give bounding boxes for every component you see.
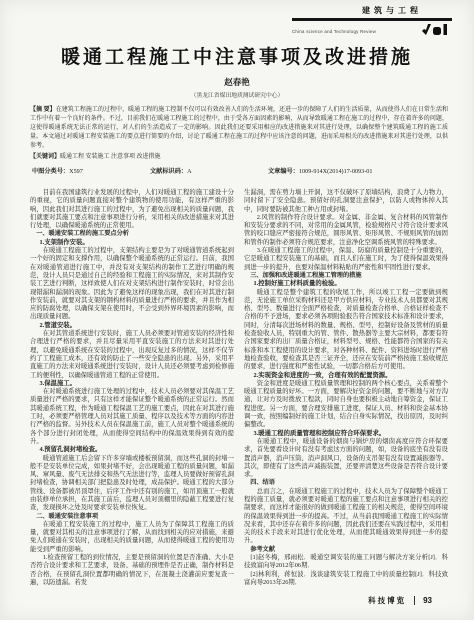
- subsection-heading: 3.暖通工程的质量管理和控制应符合环保要求。: [244, 430, 448, 438]
- paragraph: 3.在暖通工程施工的过程中，保温、防腐的质量控制是十分重要的，它是暖通工程安装施…: [244, 247, 448, 272]
- article-author: 赵春艳: [0, 76, 474, 88]
- page-number: 93: [414, 596, 432, 605]
- paragraph: 在暖通工程中，暖通设备的烟囱与锅炉房的烟囱高度应符合环保要求，首先要看设计时有没…: [244, 438, 448, 479]
- reference-item: [1]赵冬梅，邢雨松．暖通空调安装的施工问题与解决方案分析[J]．科技致富向导2…: [244, 554, 448, 571]
- article-title: 暖通工程施工中注意事项及改进措施: [0, 42, 474, 69]
- section-heading: 一、暖通安装工程的施工要点分析: [30, 230, 234, 238]
- reference-item: [2]林利利，蒋恒波．浅谈建筑安装工程施工中的质量控制[J]．科技致富向导201…: [244, 571, 448, 588]
- article-body: 目前在我国建筑行业发展的过程中，人们对暖通工程的施工建设十分的重视，它的质量问题…: [30, 189, 448, 587]
- journal-page: 建筑与工程 China science and Technology Revie…: [0, 0, 474, 620]
- page-footer: 科技博览 93: [368, 595, 432, 606]
- footer-journal-label: 科技博览: [368, 595, 406, 606]
- paragraph: 生漏洞，需在剪力墙上开洞，这不仅破坏了原墙结构，浪费了人力物力，同时留下了安全隐…: [244, 189, 448, 214]
- abstract-label: 【摘 要】: [30, 107, 56, 113]
- abstract-text: 在建筑工程施工的过程中，暖通工程的施工控制不仅可以有效改善人们的生活环境，还进一…: [30, 107, 448, 149]
- paragraph: 在对暖通系统进行施工处理的过程中，技术人员必须要对其保温工艺质量进行严格的要求，…: [30, 388, 234, 446]
- paragraph: 暖通工程是整个建筑工程的收尾工作，所以竣工工程一定要做到规范，无论施工单位采购材…: [244, 289, 448, 372]
- document-code: 文献标识码：A: [150, 166, 268, 175]
- paragraph: 总而言之，在暖通工程施工的过程中，技术人员为了保障整个暖通工程的施工质量，就必须…: [244, 488, 448, 546]
- paragraph: 目前在我国建筑行业发展的过程中，人们对暖通工程的施工建设十分的重视，它的质量问题…: [30, 189, 234, 230]
- clc-number: 中图分类号：X597: [32, 166, 150, 175]
- paragraph: 在暖通工程施工的过程中，支架结构主要是为了对暖通管道系统起到一个好的固定和支撑作…: [30, 247, 234, 322]
- right-column: 生漏洞，需在剪力墙上开洞，这不仅破坏了原墙结构，浪费了人力物力，同时留下了安全隐…: [244, 189, 448, 587]
- journal-section-title: 建筑与工程: [292, 5, 452, 16]
- section-heading: 四、结语: [244, 479, 448, 487]
- paragraph: 资金和进度是暖通工程质量管理和控制的两个核心要点，关系着整个暖通工程质量的好坏。…: [244, 380, 448, 430]
- keywords-label: 【关键词】: [30, 154, 60, 160]
- subsection-heading: 1.支架制作安装。: [30, 239, 234, 247]
- paragraph: 1.检查预留工程的到位情况，主要是预留洞的位置是否准确、大小是否符合设计要求和工…: [30, 554, 234, 587]
- left-column: 目前在我国建筑行业发展的过程中，人们对暖通工程的施工建设十分的重视，它的质量问题…: [30, 189, 234, 587]
- journal-header: 建筑与工程 China science and Technology Revie…: [292, 5, 452, 41]
- section-heading: 参考文献: [244, 546, 448, 554]
- paragraph: 在暖通工程安装施工的过程中，施工人员为了保障其工程施工的质量，就要对其相关的注意…: [30, 521, 234, 554]
- journal-name-en: China science and Technology Review: [292, 29, 376, 34]
- section-heading: 二、暖通安装注意事项: [30, 513, 234, 521]
- paragraph: 在对其管道系统进行安装时，施工人员必须要对管道安装的经济性和合理进行严格的要求，…: [30, 330, 234, 380]
- article-meta: 中图分类号：X597 文献标识码：A 文章编号：1009-914X(2014)1…: [32, 166, 448, 175]
- subsection-heading: 1.控制好施工材料质量的检验。: [244, 280, 448, 288]
- abstract: 【摘 要】在建筑工程施工的过程中，暖通工程的施工控制不仅可以有效改善人们的生活环…: [30, 106, 448, 151]
- paragraph: 2.风管的制作符合设计要求。对金属、非金属、复合材料的风管制作和安装分要求的不同…: [244, 214, 448, 247]
- article-id: 文章编号：1009-914X(2014)17-0093-01: [268, 166, 373, 175]
- subsection-heading: 4.预留孔洞封堵检查。: [30, 446, 234, 454]
- subsection-heading: 3.保温施工。: [30, 380, 234, 388]
- paragraph: 暖通管道施工后会留下许多穿墙或楼板预留洞，而这些孔洞的封堵一般不是安装单位完成，…: [30, 455, 234, 513]
- subsection-heading: 2.管道安装。: [30, 322, 234, 330]
- journal-logo-icon: [422, 23, 452, 41]
- keywords-text: 暖通工程 安装施工 注意事项 改进措施: [60, 154, 161, 160]
- author-affiliation: （黑龙江省煤田地质测试研究中心）: [0, 90, 474, 99]
- header-rule: [292, 18, 452, 21]
- keywords: 【关键词】暖通工程 安装施工 注意事项 改进措施: [30, 153, 448, 162]
- subsection-heading: 2.实现资金和进度的一致，合理有效的配置资源。: [244, 372, 448, 380]
